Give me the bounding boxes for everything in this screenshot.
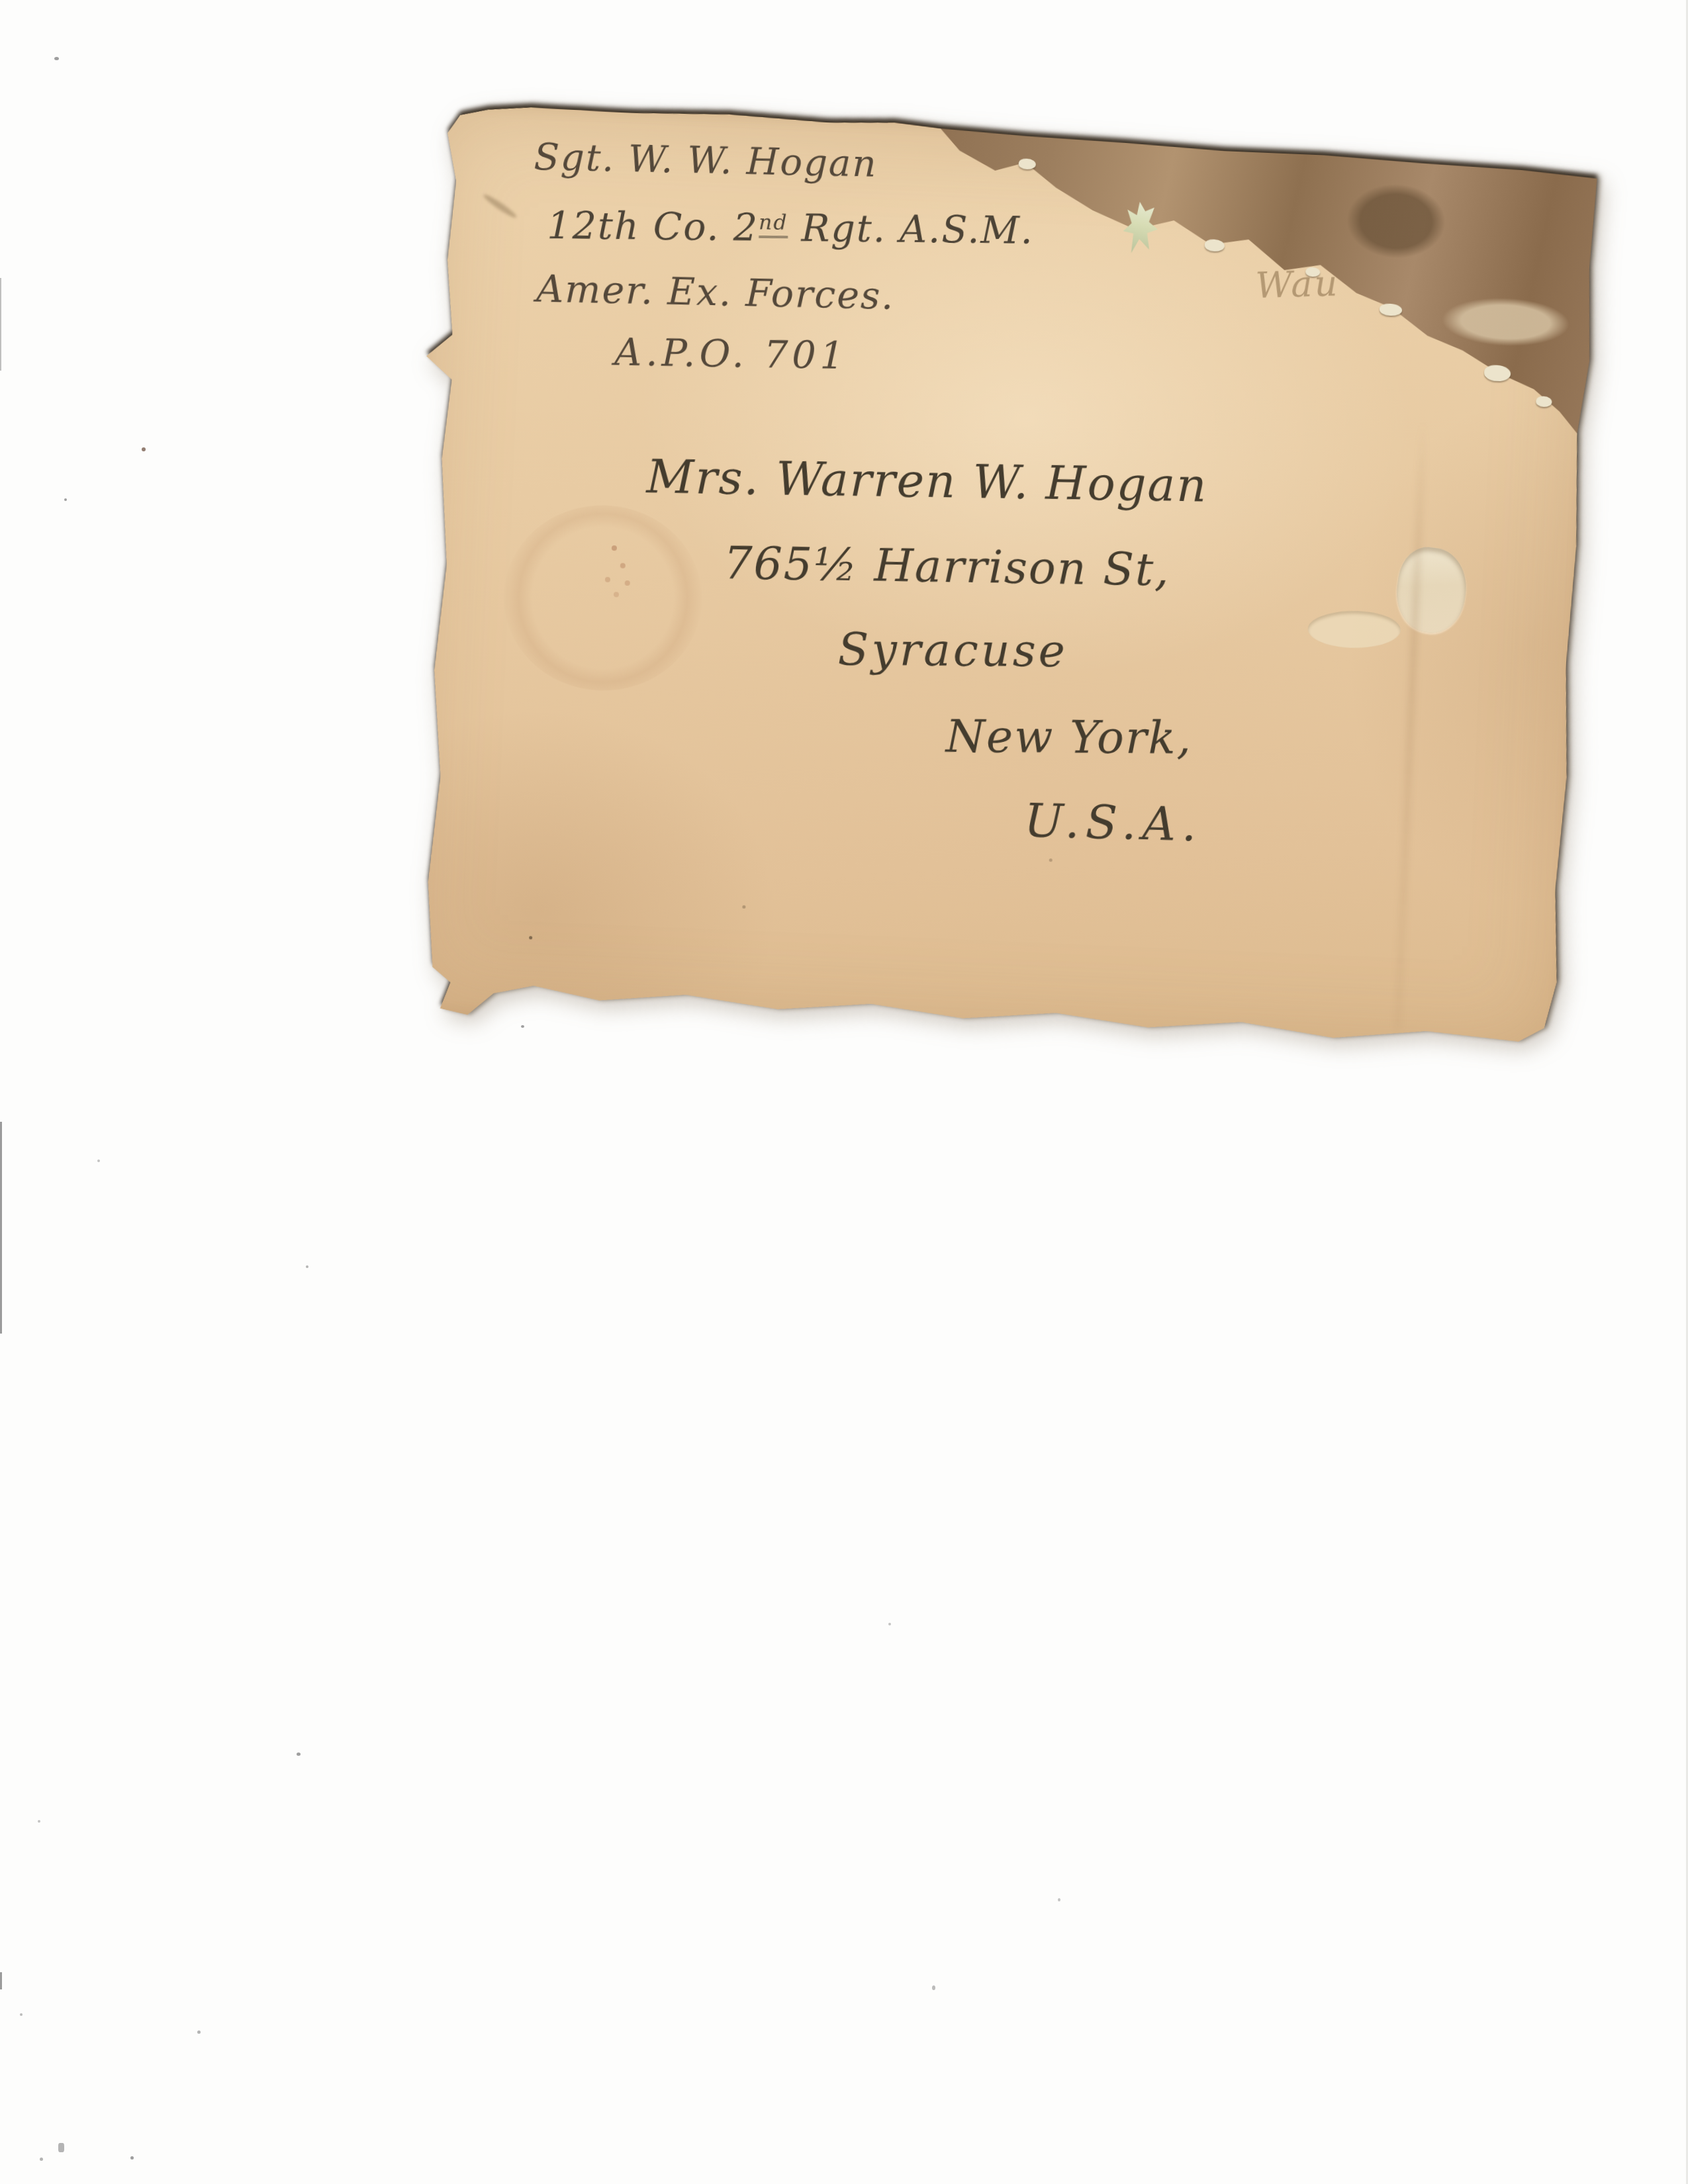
envelope: Sgt. W. W. Hogan 12th Co. 2nd Rgt. A.S.M… — [393, 101, 1598, 1062]
torn-fibre-fleck — [1536, 396, 1552, 407]
torn-fibre-fleck — [1018, 158, 1036, 169]
dust-speck — [306, 1265, 308, 1268]
return-address-line-2: 12th Co. 2nd Rgt. A.S.M. — [547, 207, 1034, 250]
ordinal-superscript: nd — [759, 210, 788, 238]
dust-speck — [97, 1160, 100, 1162]
scanner-edge-artifact — [0, 1122, 2, 1334]
paper-abrasion-small — [1307, 610, 1401, 649]
scanner-edge-artifact — [0, 1972, 2, 1989]
paper-speck — [742, 905, 745, 909]
return-address-line-4: A.P.O. 701 — [614, 334, 848, 376]
faint-pencil-marking: Wau — [1255, 265, 1340, 304]
dust-speck — [38, 1820, 40, 1823]
recipient-line-1: Mrs. Warren W. Hogan — [646, 453, 1208, 508]
paper-speck — [1049, 858, 1053, 862]
recipient-line-5: U.S.A. — [1023, 797, 1203, 848]
dust-speck — [40, 2158, 43, 2161]
dust-speck — [20, 2013, 23, 2016]
recipient-line-3: Syracuse — [838, 627, 1068, 674]
dust-speck — [521, 1025, 524, 1028]
scanner-edge-artifact — [0, 278, 1, 371]
recipient-line-2: 765½ Harrison St, — [724, 541, 1171, 594]
return-address-line-3: Amer. Ex. Forces. — [536, 271, 895, 316]
paper-abrasion-large — [1391, 543, 1472, 637]
dust-speck — [130, 2156, 134, 2160]
paper-speck — [529, 936, 532, 939]
dust-speck — [64, 498, 67, 501]
torn-fibre-fleck — [1205, 239, 1225, 251]
dust-speck — [297, 1752, 301, 1756]
dust-speck — [932, 1985, 935, 1990]
dust-speck — [888, 1623, 891, 1625]
dust-speck — [58, 2143, 64, 2152]
vertical-crease — [1395, 420, 1427, 1029]
corner-crease — [482, 192, 518, 220]
postmark-ghost-stain — [500, 501, 706, 694]
torn-fibre-fleck — [1305, 267, 1321, 277]
return-address-line-1: Sgt. W. W. Hogan — [534, 139, 878, 183]
dust-speck — [197, 2030, 201, 2034]
dust-speck — [1058, 1898, 1060, 1901]
dust-speck — [54, 57, 59, 60]
dust-speck — [142, 447, 146, 451]
envelope-outline: Sgt. W. W. Hogan 12th Co. 2nd Rgt. A.S.M… — [393, 101, 1598, 1062]
recipient-line-4: New York, — [945, 715, 1192, 762]
